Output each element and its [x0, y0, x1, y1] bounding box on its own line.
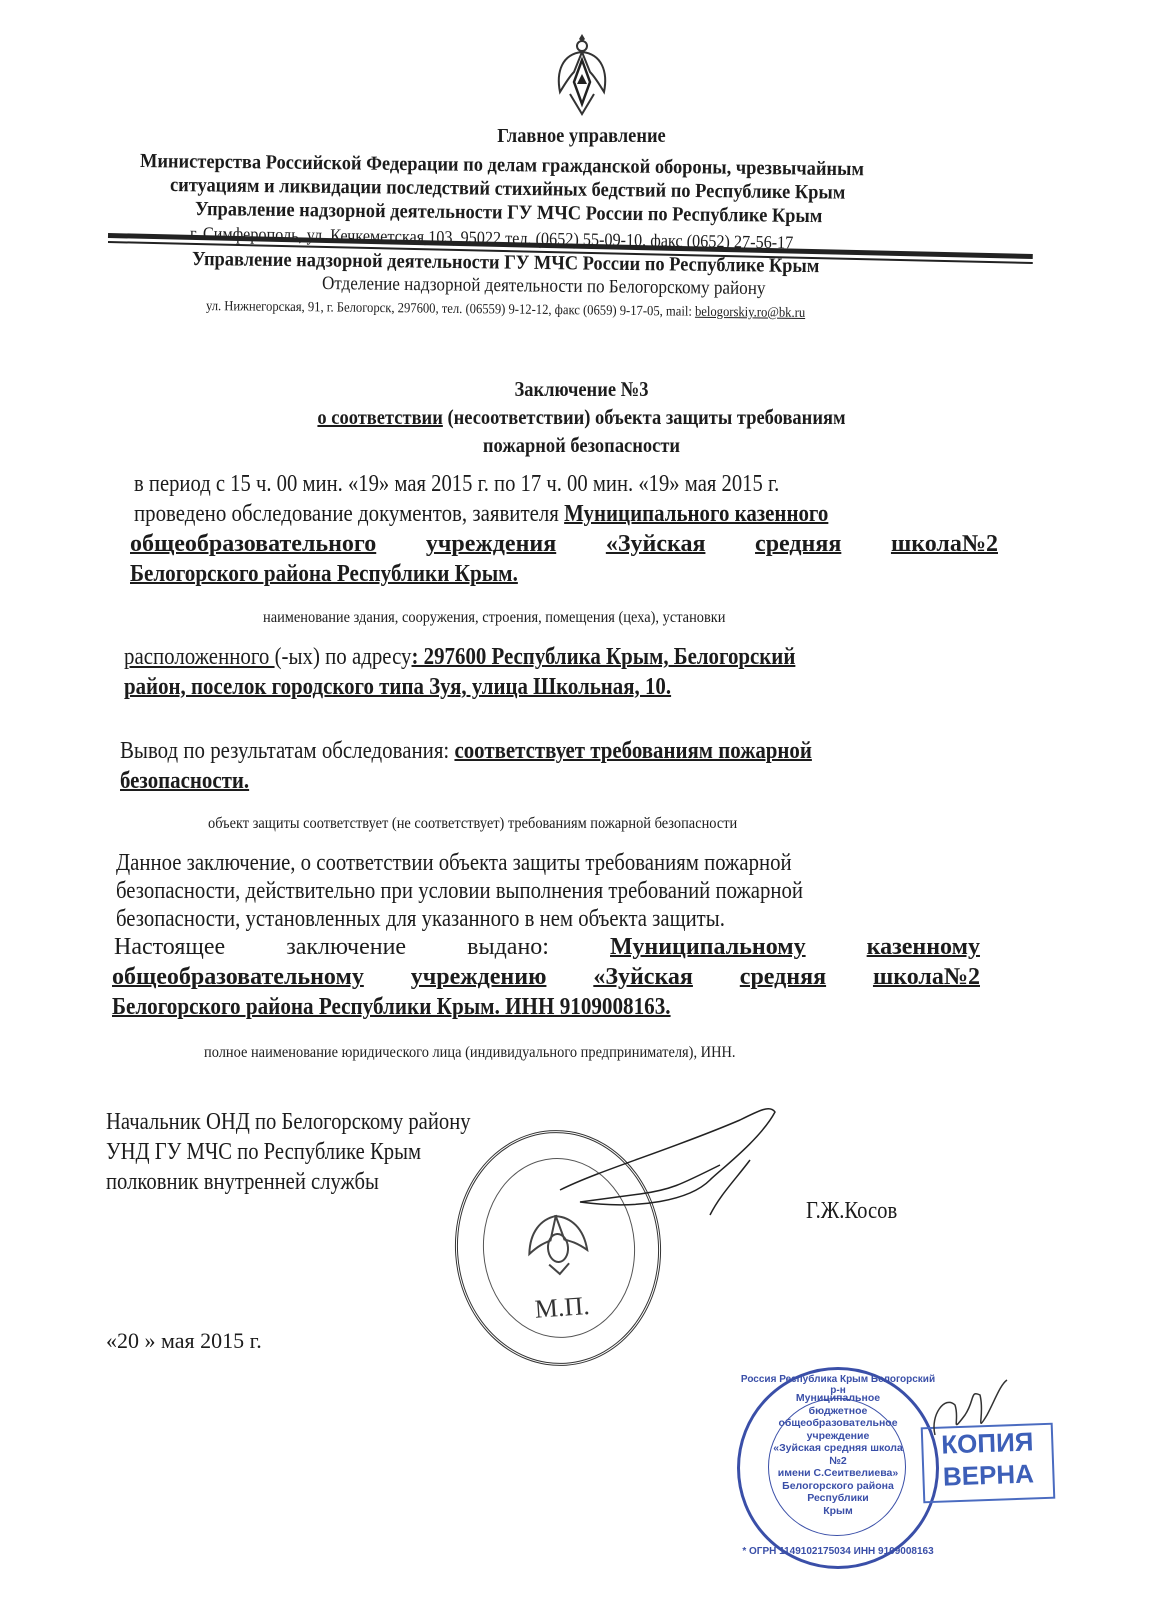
inspection-period: в период с 15 ч. 00 мин. «19» мая 2015 г…	[134, 470, 908, 498]
conclusion-line: Вывод по результатам обследования: соотв…	[120, 737, 812, 765]
signatory-name: Г.Ж.Косов	[806, 1197, 897, 1225]
header-line-7: Отделение надзорной деятельности по Бело…	[322, 272, 766, 301]
signature-scribble	[520, 1090, 820, 1220]
applicant-name-line: общеобразовательного учреждения «Зуйская…	[130, 530, 998, 558]
stamp-ring-top: Россия Республика Крым Белогорский р-н	[740, 1374, 936, 1396]
stamp-ring-bottom: * ОГРН 1149102175034 ИНН 9109008163	[740, 1546, 936, 1557]
signatory-position-1: Начальник ОНД по Белогорскому району	[106, 1108, 471, 1136]
caption-legal-entity: полное наименование юридического лица (и…	[204, 1044, 735, 1062]
header-address-branch: ул. Нижнегорская, 91, г. Белогорск, 2976…	[206, 299, 805, 322]
validity-line-2: безопасности, действительно при условии …	[116, 877, 803, 905]
stamp-signature-scribble	[925, 1375, 1015, 1445]
issued-to-inn: Белогорского района Республики Крым. ИНН…	[112, 993, 671, 1021]
issued-to-name: общеобразовательному учреждению «Зуйская…	[112, 963, 980, 991]
header-line-1: Главное управление	[47, 124, 1117, 149]
validity-line-3: безопасности, установленных для указанно…	[116, 905, 725, 933]
conclusion-line-2: безопасности.	[120, 767, 249, 795]
issued-to-line: Настоящее заключение выдано: Муниципальн…	[114, 933, 980, 961]
signatory-rank: полковник внутренней службы	[106, 1168, 379, 1196]
applicant-district: Белогорского района Республики Крым.	[130, 560, 518, 588]
email-link[interactable]: belogorskiy.ro@bk.ru	[695, 305, 805, 321]
school-stamp: Муниципальное бюджетное общеобразователь…	[737, 1367, 939, 1569]
applicant-line: проведено обследование документов, заяви…	[134, 500, 828, 528]
document-date: «20 » мая 2015 г.	[106, 1327, 262, 1355]
document-subtitle: о соответствии (несоответствии) объекта …	[70, 404, 1093, 430]
signatory-position-2: УНД ГУ МЧС по Республике Крым	[106, 1138, 421, 1166]
validity-line-1: Данное заключение, о соответствии объект…	[116, 849, 792, 877]
caption-building: наименование здания, сооружения, строени…	[263, 609, 725, 627]
document-title: Заключение №3	[70, 376, 1093, 402]
document-subtitle-2: пожарной безопасности	[70, 432, 1093, 458]
address-line: расположенного (-ых) по адресу: 297600 Р…	[124, 643, 795, 671]
address-line-2: район, поселок городского типа Зуя, улиц…	[124, 673, 671, 701]
mchs-emblem-icon	[552, 32, 612, 117]
caption-compliance: объект защиты соответствует (не соответс…	[208, 815, 737, 833]
